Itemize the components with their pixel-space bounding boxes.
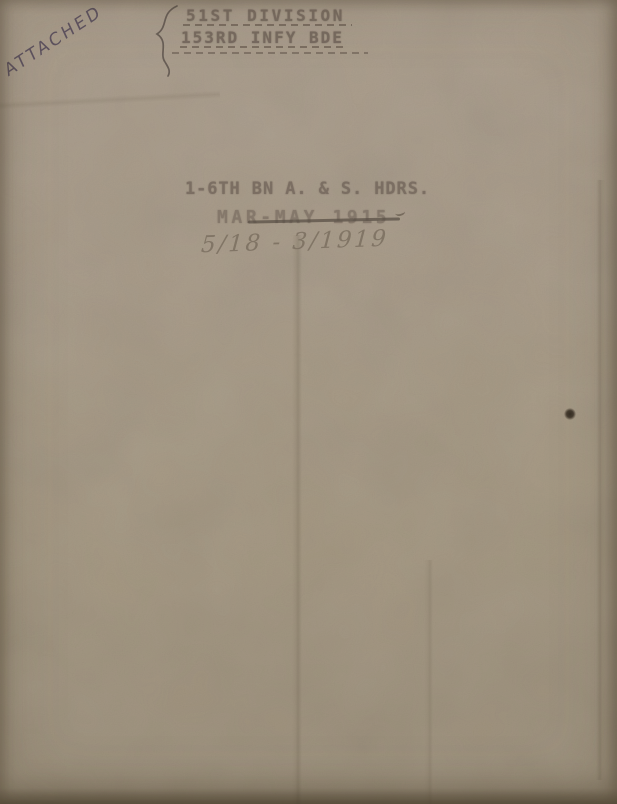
attached-annotation: ATTACHED xyxy=(2,0,145,81)
paper-crease-topleft xyxy=(0,90,220,110)
brace-mark xyxy=(150,3,184,79)
ink-dot xyxy=(564,408,576,420)
brigade-stamp-underline-2 xyxy=(172,52,368,54)
edge-vignette xyxy=(0,0,617,804)
division-stamp: 51ST DIVISION xyxy=(186,6,345,25)
paper-crease-right xyxy=(596,180,605,780)
brigade-stamp: 153RD INFY BDE xyxy=(181,28,344,47)
bottom-edge-shadow xyxy=(0,788,617,804)
war-diary-cover: ATTACHED 51ST DIVISION 153RD INFY BDE 1-… xyxy=(0,0,617,804)
handwritten-date-range: 5/18 - 3/1919 xyxy=(200,226,389,259)
paper-crease-center xyxy=(292,235,302,804)
paper-crease-midright xyxy=(424,560,433,804)
battalion-title-stamp: 1-6TH BN A. & S. HDRS. xyxy=(185,179,430,199)
paper-texture xyxy=(0,0,617,804)
pencil-tick-mark xyxy=(394,208,405,217)
